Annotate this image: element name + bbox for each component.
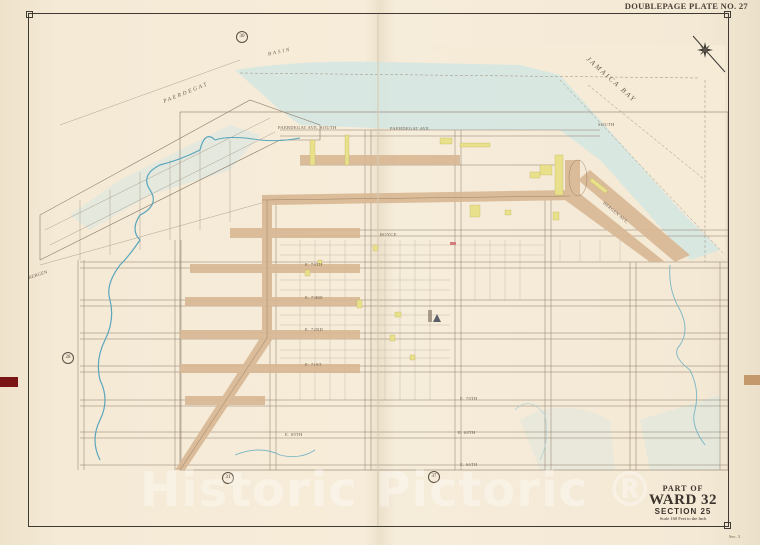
- cartouche-ward: WARD 32: [638, 493, 728, 507]
- section-marker-30: 30: [236, 31, 248, 43]
- frame-corner-tl: [26, 11, 33, 18]
- section-marker-28: 28: [62, 352, 74, 364]
- frame-corner-br: [724, 522, 731, 529]
- street-label-e72: E. 72ND: [305, 327, 323, 332]
- frame-corner-tr: [724, 11, 731, 18]
- ward-cartouche: PART OF WARD 32 SECTION 25 Scale 160 Fee…: [638, 484, 728, 522]
- street-label-e69: E. 69TH: [285, 432, 303, 437]
- street-label-e70: E. 70TH: [460, 396, 478, 401]
- street-label-royce: ROYCE: [380, 232, 397, 237]
- street-label-e71: E. 71ST: [305, 362, 322, 367]
- cartouche-section: SECTION 25: [638, 507, 728, 516]
- street-label-e68: E. 68TH: [458, 430, 476, 435]
- watermark: Historic Pictoric ®: [140, 462, 655, 518]
- map-sheet: DOUBLEPAGE PLATE NO. 27: [0, 0, 760, 545]
- sheet-number: Sec. 3: [729, 534, 740, 539]
- cartouche-scale: Scale 160 Feet to the Inch: [638, 516, 728, 522]
- street-label-e74: E. 74TH: [305, 262, 323, 267]
- street-label-paerdegat-ave: PAERDEGAT AVE: [390, 126, 429, 131]
- street-label-paerdegat-ave-south: PAERDEGAT AVE. SOUTH: [278, 125, 337, 130]
- street-label-south: SOUTH: [598, 122, 615, 127]
- street-label-e73: E. 73RD: [305, 295, 323, 300]
